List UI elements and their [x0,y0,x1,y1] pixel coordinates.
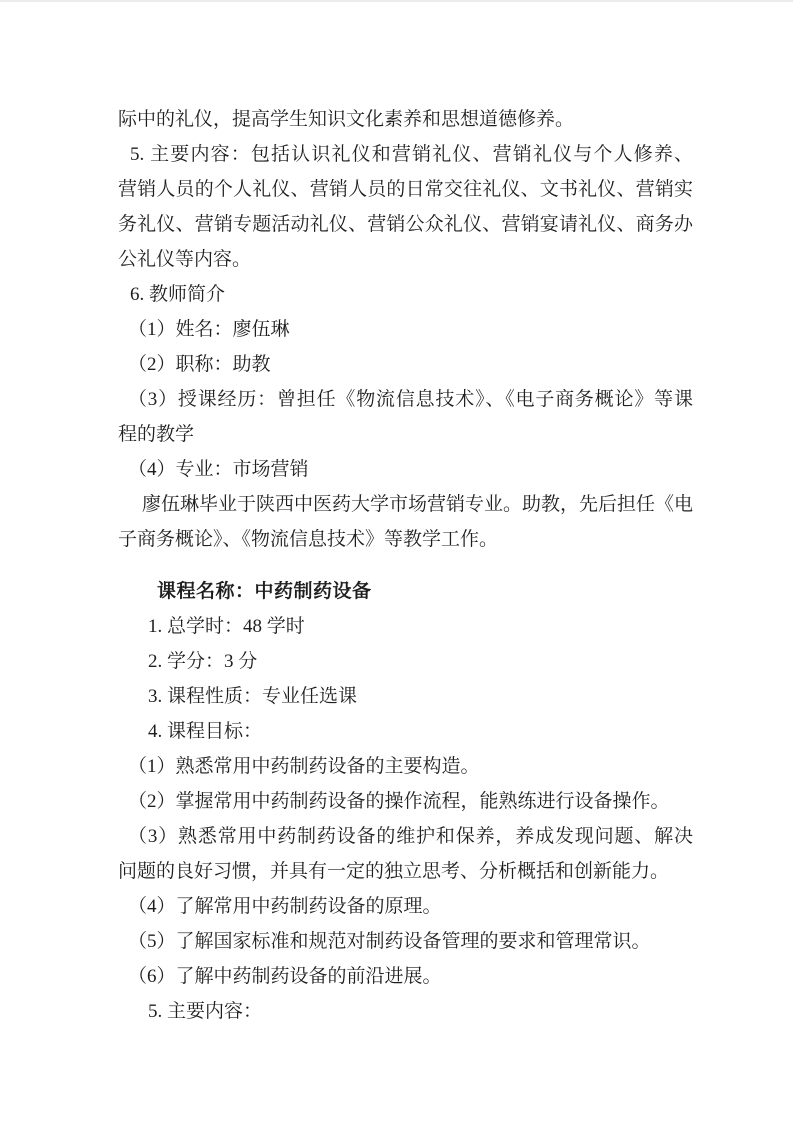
teacher-major-line: （4）专业：市场营销 [118,452,693,487]
document-page: 际中的礼仪，提高学生知识文化素养和思想道德修养。 5. 主要内容：包括认识礼仪和… [0,0,793,1122]
paragraph-spacer [118,557,693,574]
course-type-line: 3. 课程性质：专业任选课 [118,679,693,714]
text-line: 问题的良好习惯，并具有一定的独立思考、分析概括和创新能力。 [118,854,693,889]
scan-edge-shadow [0,0,793,2]
text-line: 程的教学 [118,417,693,452]
objective-3-line: （3）熟悉常用中药制药设备的维护和保养，养成发现问题、解决 [118,819,693,854]
teaching-experience-line: （3）授课经历：曾担任《物流信息技术》、《电子商务概论》等课 [118,382,693,417]
text-line: 子商务概论》、《物流信息技术》等教学工作。 [118,522,693,557]
objective-5-line: （5）了解国家标准和规范对制药设备管理的要求和管理常识。 [118,924,693,959]
paragraph-continuation-line: 际中的礼仪，提高学生知识文化素养和思想道德修养。 [118,102,693,137]
objective-4-line: （4）了解常用中药制药设备的原理。 [118,889,693,924]
objective-1-line: （1）熟悉常用中药制药设备的主要构造。 [118,749,693,784]
teacher-name-line: （1）姓名：廖伍琳 [118,312,693,347]
text-line: 务礼仪、营销专题活动礼仪、营销公众礼仪、营销宴请礼仪、商务办 [118,207,693,242]
teacher-title-line: （2）职称：助教 [118,347,693,382]
main-content-heading: 5. 主要内容： [118,994,693,1029]
objective-6-line: （6）了解中药制药设备的前沿进展。 [118,959,693,994]
section-teacher-intro-item: 6. 教师简介 [118,277,693,312]
objective-2-line: （2）掌握常用中药制药设备的操作流程，能熟练进行设备操作。 [118,784,693,819]
course-title-line: 课程名称：中药制药设备 [118,574,693,609]
text-line: 营销人员的个人礼仪、营销人员的日常交往礼仪、文书礼仪、营销实 [118,172,693,207]
teacher-bio-line: 廖伍琳毕业于陕西中医药大学市场营销专业。助教，先后担任《电 [118,487,693,522]
text-line: 公礼仪等内容。 [118,242,693,277]
course-objectives-heading: 4. 课程目标： [118,714,693,749]
section-main-content-item: 5. 主要内容：包括认识礼仪和营销礼仪、营销礼仪与个人修养、 [118,137,693,172]
course-hours-line: 1. 总学时：48 学时 [118,609,693,644]
document-body: 际中的礼仪，提高学生知识文化素养和思想道德修养。 5. 主要内容：包括认识礼仪和… [118,102,693,1029]
course-credits-line: 2. 学分：3 分 [118,644,693,679]
